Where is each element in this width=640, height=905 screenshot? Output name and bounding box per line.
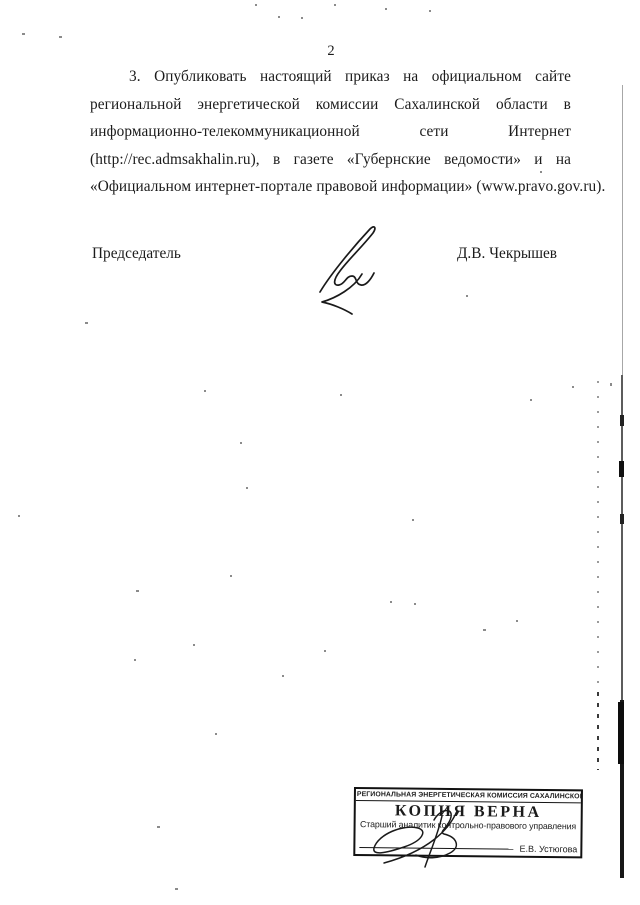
paragraph-line: 3. Опубликовать настоящий приказ на офиц… <box>90 63 571 91</box>
scan-speck <box>136 590 139 592</box>
paragraph-line: региональной энергетической комиссии Сах… <box>90 91 571 119</box>
scan-speck <box>414 603 416 605</box>
scan-speck <box>530 399 532 401</box>
scan-speck <box>483 629 486 631</box>
scan-dashed-line <box>597 692 599 770</box>
scan-speck <box>301 17 303 19</box>
paragraph-line: (http://rec.admsakhalin.ru), в газете «Г… <box>90 146 571 174</box>
stamp-organization-label: РЕГИОНАЛЬНАЯ ЭНЕРГЕТИЧЕСКАЯ КОМИССИЯ САХ… <box>356 789 581 803</box>
scan-speck <box>230 575 232 577</box>
document-page: 2 3. Опубликовать настоящий приказ на оф… <box>0 0 640 905</box>
scan-speck <box>572 386 574 388</box>
scan-speck <box>204 390 206 392</box>
scan-speck <box>255 4 257 6</box>
chairman-signature-scribble <box>298 216 410 316</box>
paragraph-line: «Официальном интернет-портале правовой и… <box>90 173 571 201</box>
scan-speck <box>385 8 387 10</box>
scan-speck <box>412 519 414 521</box>
scan-speck <box>175 888 178 890</box>
scan-dotted-line <box>597 381 599 687</box>
scan-edge-line <box>622 85 623 375</box>
scan-speck <box>193 644 195 646</box>
scan-speck <box>215 733 217 735</box>
scan-speck <box>282 675 284 677</box>
scan-speck <box>324 650 326 652</box>
scan-speck <box>334 4 336 6</box>
scan-speck <box>240 442 242 444</box>
scan-speck <box>516 620 518 622</box>
scan-speck <box>466 295 468 297</box>
scan-speck <box>429 10 431 12</box>
scan-speck <box>610 383 612 386</box>
scan-speck <box>157 826 160 828</box>
position-title-label: Председатель <box>92 245 181 263</box>
stamp-signature-scribble <box>368 806 500 870</box>
signer-name-label: Д.В. Чекрышев <box>457 245 557 263</box>
paragraph-line: информационно-телекоммуникационной сети … <box>90 118 571 146</box>
scan-edge-blob <box>618 702 624 764</box>
scan-speck <box>22 33 25 35</box>
scan-speck <box>540 171 542 173</box>
scan-speck <box>85 322 88 324</box>
scan-edge-blob <box>619 461 624 477</box>
scan-edge-blob <box>620 415 624 426</box>
scan-speck <box>390 601 392 603</box>
scan-speck <box>246 487 248 489</box>
scan-speck <box>340 394 342 396</box>
stamp-certifier-name-label: Е.В. Устюгова <box>520 844 578 855</box>
scan-speck <box>59 36 62 38</box>
page-number: 2 <box>11 43 640 60</box>
scan-speck <box>278 16 280 18</box>
scan-speck <box>134 659 136 661</box>
scan-edge-blob <box>620 514 624 524</box>
scan-speck <box>18 515 20 517</box>
order-paragraph: 3. Опубликовать настоящий приказ на офиц… <box>90 63 571 201</box>
